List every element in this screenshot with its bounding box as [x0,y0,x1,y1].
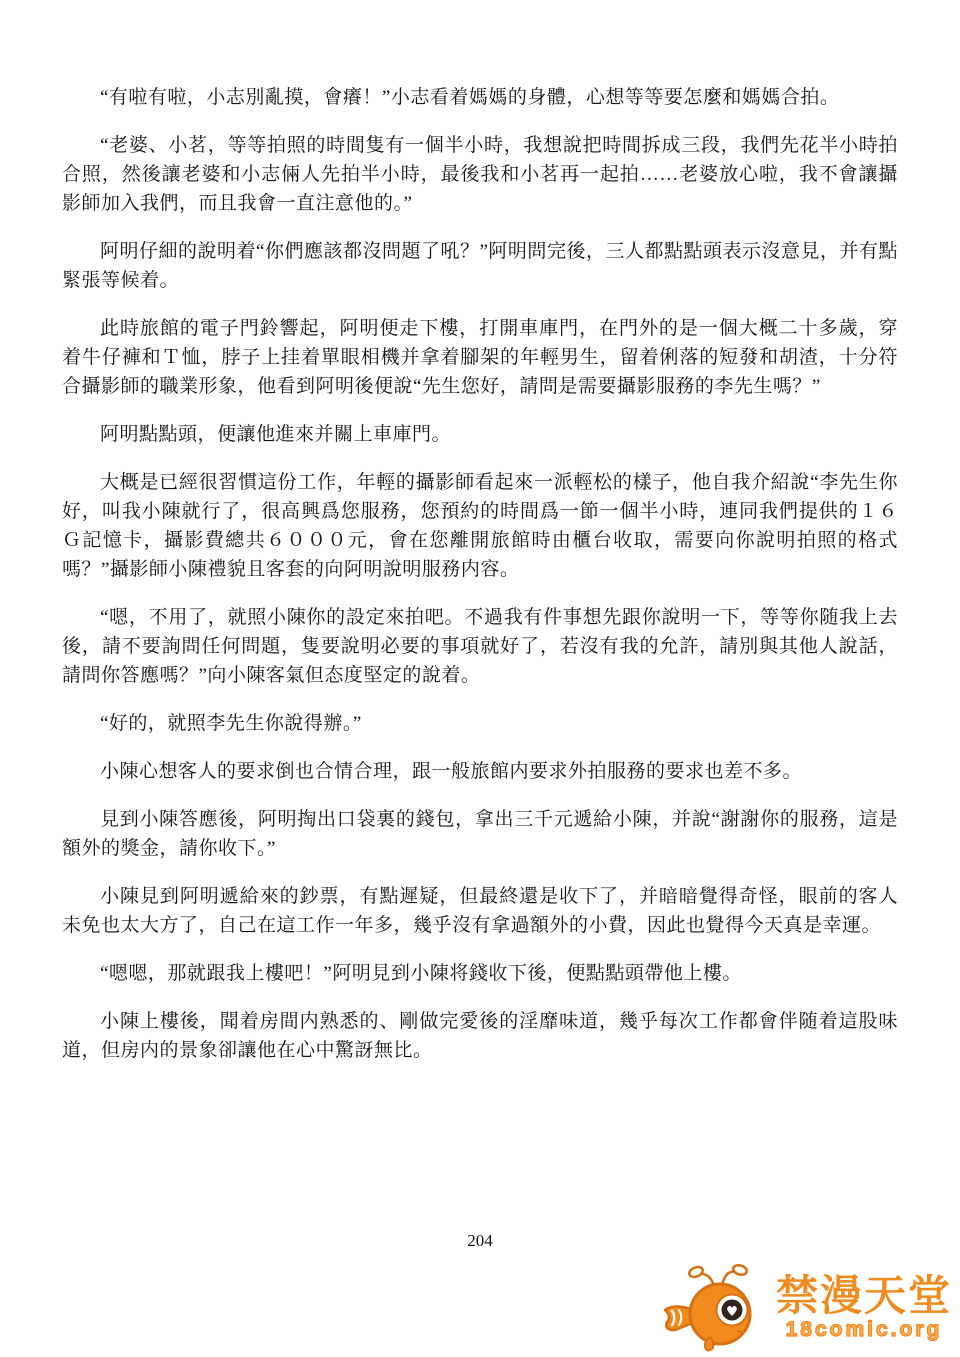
paragraph: “好的，就照李先生你說得辦。” [62,709,898,738]
watermark-text: 禁漫天堂 18comic.org [776,1274,952,1342]
watermark-site: 18comic.org [776,1318,952,1342]
body-text: “有啦有啦，小志別亂摸，會癢！”小志看着媽媽的身體，心想等等要怎麼和媽媽合拍。 … [62,83,898,1084]
paragraph: 小陳見到阿明遞給來的鈔票，有點遲疑，但最終還是收下了，并暗暗覺得奇怪，眼前的客人… [62,882,898,940]
page-number: 204 [0,1231,960,1251]
watermark-brand: 禁漫天堂 [776,1274,952,1318]
paragraph: 阿明點點頭，便讓他進來并關上車庫門。 [62,420,898,449]
paragraph: “有啦有啦，小志別亂摸，會癢！”小志看着媽媽的身體，心想等等要怎麼和媽媽合拍。 [62,83,898,112]
paragraph: 此時旅館的電子門鈴響起，阿明便走下樓，打開車庫門，在門外的是一個大概二十多歲，穿… [62,314,898,401]
site-watermark: 禁漫天堂 18comic.org [656,1261,952,1355]
document-page: “有啦有啦，小志別亂摸，會癢！”小志看着媽媽的身體，心想等等要怎麼和媽媽合拍。 … [0,0,960,1357]
paragraph: “老婆、小茗，等等拍照的時間隻有一個半小時，我想說把時間拆成三段，我們先花半小時… [62,131,898,218]
paragraph: 見到小陳答應後，阿明掏出口袋裏的錢包，拿出三千元遞給小陳，并說“謝謝你的服務，這… [62,805,898,863]
whale-mascot-icon [656,1261,774,1355]
paragraph: 大概是已經很習慣這份工作，年輕的攝影師看起來一派輕松的樣子，他自我介紹說“李先生… [62,468,898,584]
paragraph: 阿明仔細的說明着“你們應該都沒問題了吼？”阿明問完後，三人都點點頭表示沒意見，并… [62,237,898,295]
paragraph: 小陳心想客人的要求倒也合情合理，跟一般旅館内要求外拍服務的要求也差不多。 [62,757,898,786]
paragraph: “嗯，不用了，就照小陳你的設定來拍吧。不過我有件事想先跟你說明一下，等等你随我上… [62,603,898,690]
paragraph: 小陳上樓後，聞着房間内熟悉的、剛做完愛後的淫靡味道，幾乎每次工作都會伴随着這股味… [62,1007,898,1065]
paragraph: “嗯嗯，那就跟我上樓吧！”阿明見到小陳将錢收下後，便點點頭帶他上樓。 [62,959,898,988]
